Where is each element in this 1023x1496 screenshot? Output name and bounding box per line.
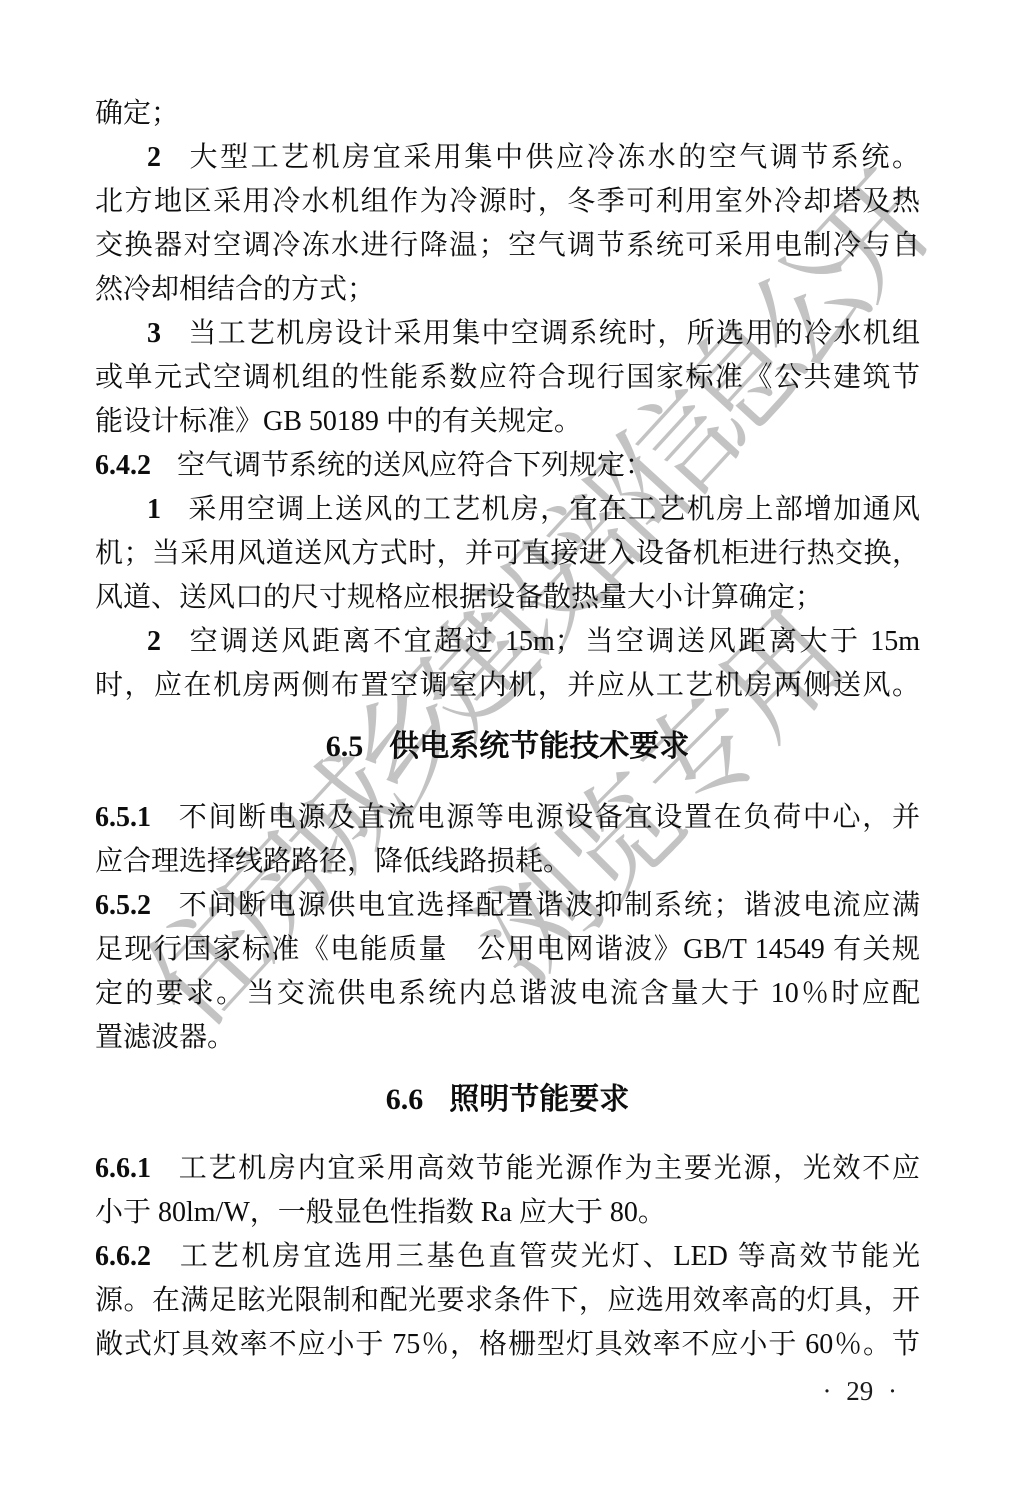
section-heading: 6.6照明节能要求 [95, 1078, 920, 1122]
text-line: 风道、送风口的尺寸规格应根据设备散热量大小计算确定； [95, 576, 920, 620]
clause-number: 6.5.1 [95, 802, 151, 833]
text-line: 2空调送风距离不宜超过 15m；当空调送风距离大于 15m [95, 620, 920, 664]
clause-number: 1 [147, 494, 161, 525]
text-line: 机；当采用风道送风方式时，并可直接进入设备机柜进行热交换， [95, 532, 920, 576]
document-body: 确定；2大型工艺机房宜采用集中供应冷冻水的空气调节系统。北方地区采用冷水机组作为… [95, 92, 920, 1367]
page-number: · 29 · [823, 1376, 897, 1407]
clause-number: 3 [147, 318, 161, 349]
clause-number: 2 [147, 142, 161, 173]
text-line: 6.6.1工艺机房内宜采用高效节能光源作为主要光源，光效不应 [95, 1147, 920, 1191]
clause-number: 6.5.2 [95, 890, 151, 921]
section-number: 6.6 [386, 1083, 424, 1116]
text-line: 置滤波器。 [95, 1016, 920, 1060]
text-line: 源。在满足眩光限制和配光要求条件下，应选用效率高的灯具，开 [95, 1279, 920, 1323]
clause-number: 6.4.2 [95, 450, 151, 481]
text-line: 应合理选择线路路径，降低线路损耗。 [95, 840, 920, 884]
section-number: 6.5 [326, 730, 364, 763]
clause-number: 2 [147, 626, 161, 657]
clause-number: 6.6.1 [95, 1153, 151, 1184]
document-page: 住房城乡建设部信息公开 浏览专用 确定；2大型工艺机房宜采用集中供应冷冻水的空气… [0, 0, 1023, 1496]
text-line: 1采用空调上送风的工艺机房，宜在工艺机房上部增加通风 [95, 488, 920, 532]
text-line: 北方地区采用冷水机组作为冷源时，冬季可利用室外冷却塔及热 [95, 180, 920, 224]
clause-number: 6.6.2 [95, 1241, 151, 1272]
text-line: 时，应在机房两侧布置空调室内机，并应从工艺机房两侧送风。 [95, 664, 920, 708]
text-line: 确定； [95, 92, 920, 136]
text-line: 6.4.2空气调节系统的送风应符合下列规定： [95, 444, 920, 488]
text-line: 交换器对空调冷冻水进行降温；空气调节系统可采用电制冷与自 [95, 224, 920, 268]
text-line: 足现行国家标准《电能质量 公用电网谐波》GB/T 14549 有关规 [95, 928, 920, 972]
text-line: 6.5.1不间断电源及直流电源等电源设备宜设置在负荷中心，并 [95, 796, 920, 840]
text-line: 能设计标准》GB 50189 中的有关规定。 [95, 400, 920, 444]
text-line: 敞式灯具效率不应小于 75％，格栅型灯具效率不应小于 60％。节 [95, 1323, 920, 1367]
text-line: 3当工艺机房设计采用集中空调系统时，所选用的冷水机组 [95, 312, 920, 356]
text-line: 6.5.2不间断电源供电宜选择配置谐波抑制系统；谐波电流应满 [95, 884, 920, 928]
text-line: 6.6.2工艺机房宜选用三基色直管荧光灯、LED 等高效节能光 [95, 1235, 920, 1279]
text-line: 或单元式空调机组的性能系数应符合现行国家标准《公共建筑节 [95, 356, 920, 400]
section-heading: 6.5供电系统节能技术要求 [95, 725, 920, 769]
text-line: 定的要求。当交流供电系统内总谐波电流含量大于 10％时应配 [95, 972, 920, 1016]
text-line: 小于 80lm/W，一般显色性指数 Ra 应大于 80。 [95, 1191, 920, 1235]
text-line: 然冷却相结合的方式； [95, 268, 920, 312]
text-line: 2大型工艺机房宜采用集中供应冷冻水的空气调节系统。 [95, 136, 920, 180]
